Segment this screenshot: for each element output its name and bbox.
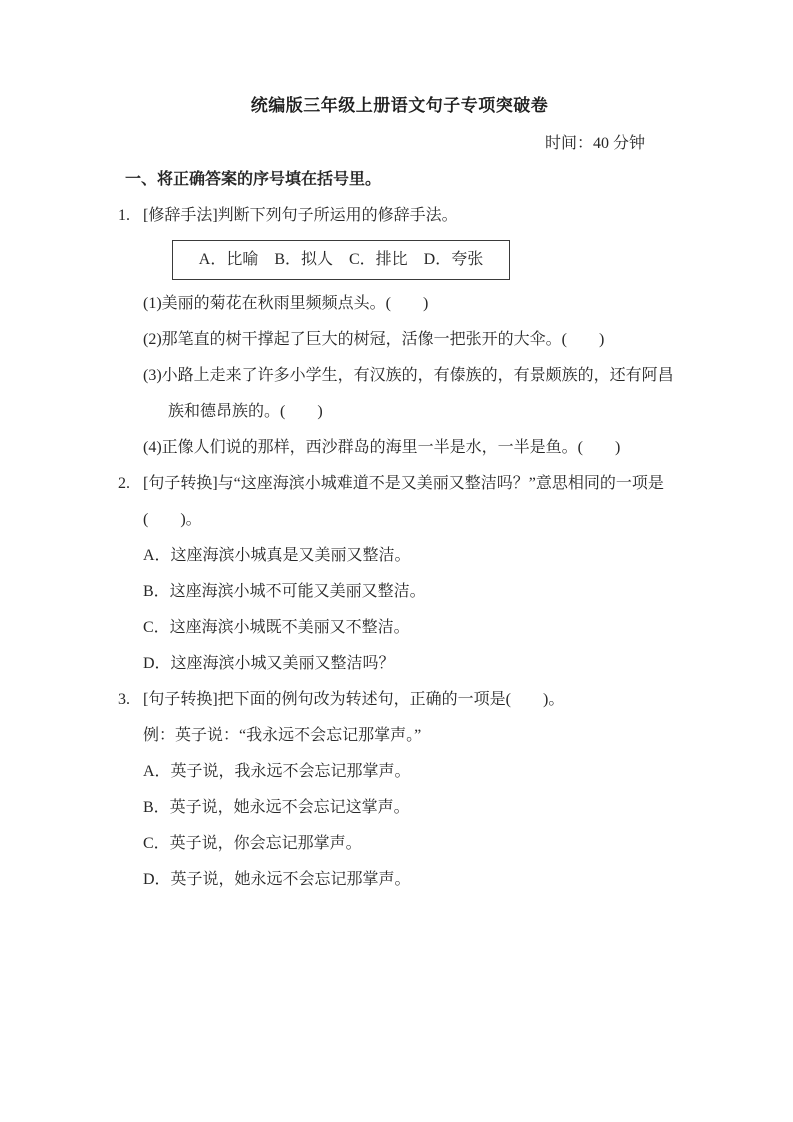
question-2-option-a: A．这座海滨小城真是又美丽又整洁。 xyxy=(143,538,681,574)
question-1-subitem-1: (1)美丽的菊花在秋雨里频频点头。( ) xyxy=(143,286,681,322)
question-2-stem-line: 2.[句子转换]与“这座海滨小城难道不是又美丽又整洁吗？”意思相同的一项是 xyxy=(118,466,681,502)
time-label: 时间：40 分钟 xyxy=(118,126,681,162)
question-3-option-a: A．英子说，我永远不会忘记那掌声。 xyxy=(143,754,681,790)
question-3-option-d: D．英子说，她永远不会忘记那掌声。 xyxy=(143,862,681,898)
question-1: 1.[修辞手法]判断下列句子所运用的修辞手法。 A．比喻 B．拟人 C．排比 D… xyxy=(118,198,681,466)
question-3-option-b: B．英子说，她永远不会忘记这掌声。 xyxy=(143,790,681,826)
question-3-option-c: C．英子说，你会忘记那掌声。 xyxy=(143,826,681,862)
question-1-subitem-2: (2)那笔直的树干撑起了巨大的树冠，活像一把张开的大伞。( ) xyxy=(143,322,681,358)
question-1-subitem-4: (4)正像人们说的那样，西沙群岛的海里一半是水，一半是鱼。( ) xyxy=(143,430,681,466)
question-2-stem: 与“这座海滨小城难道不是又美丽又整洁吗？”意思相同的一项是 xyxy=(218,475,664,492)
question-2-number: 2. xyxy=(118,466,143,502)
question-2: 2.[句子转换]与“这座海滨小城难道不是又美丽又整洁吗？”意思相同的一项是 ( … xyxy=(118,466,681,682)
question-1-stem-line: 1.[修辞手法]判断下列句子所运用的修辞手法。 xyxy=(118,198,681,234)
question-1-tag: [修辞手法] xyxy=(143,207,218,224)
question-2-option-b: B．这座海滨小城不可能又美丽又整洁。 xyxy=(143,574,681,610)
question-3-stem-line: 3.[句子转换]把下面的例句改为转述句，正确的一项是( )。 xyxy=(118,682,681,718)
question-3-tag: [句子转换] xyxy=(143,691,218,708)
question-3-example: 例：英子说：“我永远不会忘记那掌声。” xyxy=(143,718,681,754)
question-3: 3.[句子转换]把下面的例句改为转述句，正确的一项是( )。 例：英子说：“我永… xyxy=(118,682,681,898)
question-2-option-c: C．这座海滨小城既不美丽又不整洁。 xyxy=(143,610,681,646)
section-one-heading: 一、将正确答案的序号填在括号里。 xyxy=(125,162,681,198)
question-2-tag: [句子转换] xyxy=(143,475,218,492)
question-1-subitem-3: (3)小路上走来了许多小学生，有汉族的，有傣族的，有景颇族的，还有阿昌族和德昂族… xyxy=(143,358,681,430)
page-title: 统编版三年级上册语文句子专项突破卷 xyxy=(118,88,681,124)
question-1-stem: 判断下列句子所运用的修辞手法。 xyxy=(218,207,458,224)
question-1-number: 1. xyxy=(118,198,143,234)
rhetoric-choices-box: A．比喻 B．拟人 C．排比 D．夸张 xyxy=(172,240,510,280)
document-page: 统编版三年级上册语文句子专项突破卷 时间：40 分钟 一、将正确答案的序号填在括… xyxy=(0,0,793,1122)
question-3-number: 3. xyxy=(118,682,143,718)
question-2-option-d: D．这座海滨小城又美丽又整洁吗？ xyxy=(143,646,681,682)
question-2-answer-blank: ( )。 xyxy=(143,502,681,538)
question-3-stem: 把下面的例句改为转述句，正确的一项是( )。 xyxy=(218,691,565,708)
